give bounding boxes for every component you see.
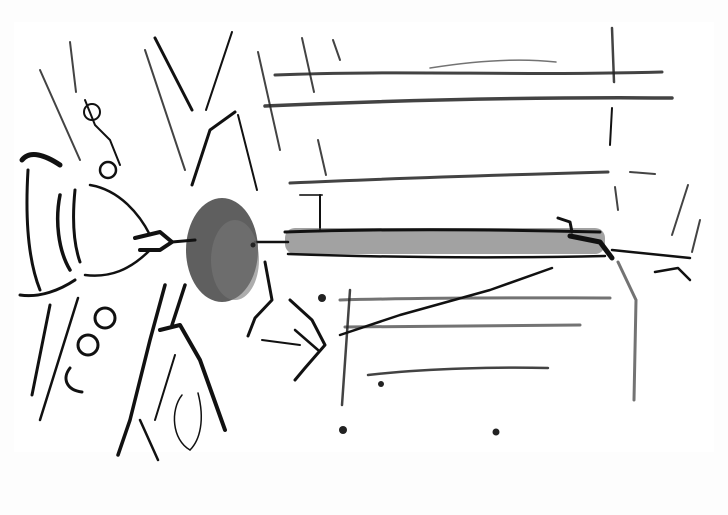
lower-left-forms (32, 285, 225, 460)
shaggy-head (186, 198, 325, 380)
ink-spots (251, 243, 500, 436)
ink-sketch (0, 0, 728, 515)
background-horizontal-lines (265, 60, 672, 375)
artwork-canvas (0, 0, 728, 515)
figure-at-left (20, 100, 195, 296)
